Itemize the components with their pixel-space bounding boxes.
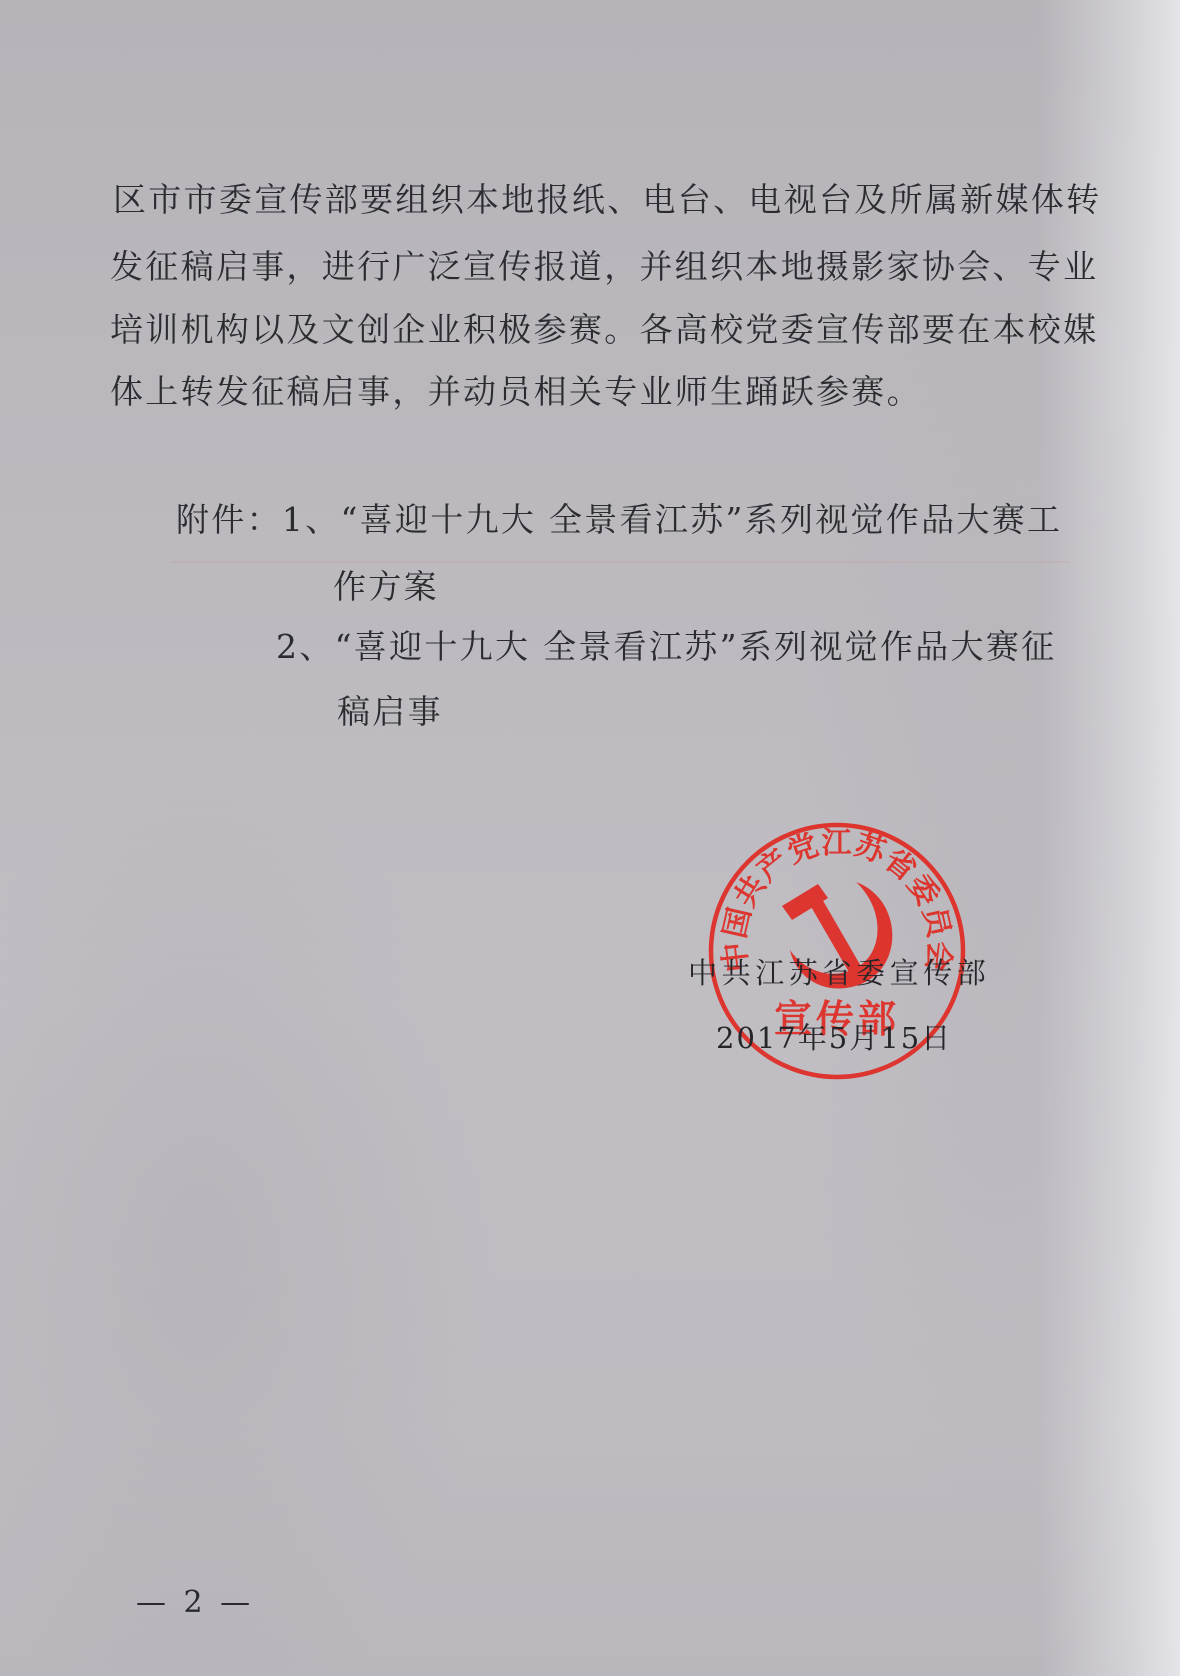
attachment-1-number: 1、: [282, 500, 341, 539]
issue-date: 2017年5月15日: [716, 1021, 952, 1055]
attachment-1-second-line: 作方案: [333, 567, 439, 607]
attachment-1-first-line: 附件：1、“喜迎十九大 全景看江苏”系列视觉作品大赛工: [176, 500, 1062, 540]
body-line-2: 发征稿启事，进行广泛宣传报道，并组织本地摄影家协会、专业: [110, 247, 1098, 287]
issuer-signature: 中共江苏省委宣传部: [688, 956, 990, 990]
attachment-1-title: “喜迎十九大 全景看江苏”系列视觉作品大赛工: [341, 500, 1063, 539]
seal-ring-text: 中国共产党江苏省委员会: [717, 826, 957, 974]
attachment-2-second-line: 稿启事: [337, 692, 443, 732]
attachment-2-title: “喜迎十九大 全景看江苏”系列视觉作品大赛征: [335, 627, 1057, 666]
body-line-3: 培训机构以及文创企业积极参赛。各高校党委宣传部要在本校媒: [110, 310, 1098, 350]
attachments-label: 附件：: [176, 500, 282, 539]
attachment-2-number: 2、: [276, 627, 335, 666]
page-number: — 2 —: [136, 1585, 254, 1621]
attachment-2-first-line: 2、“喜迎十九大 全景看江苏”系列视觉作品大赛征: [276, 627, 1056, 667]
body-line-4: 体上转发征稿启事，并动员相关专业师生踊跃参赛。: [110, 372, 922, 412]
paper-show-through-line: [170, 561, 1070, 563]
body-line-1: 区市市委宣传部要组织本地报纸、电台、电视台及所属新媒体转: [113, 180, 1101, 220]
